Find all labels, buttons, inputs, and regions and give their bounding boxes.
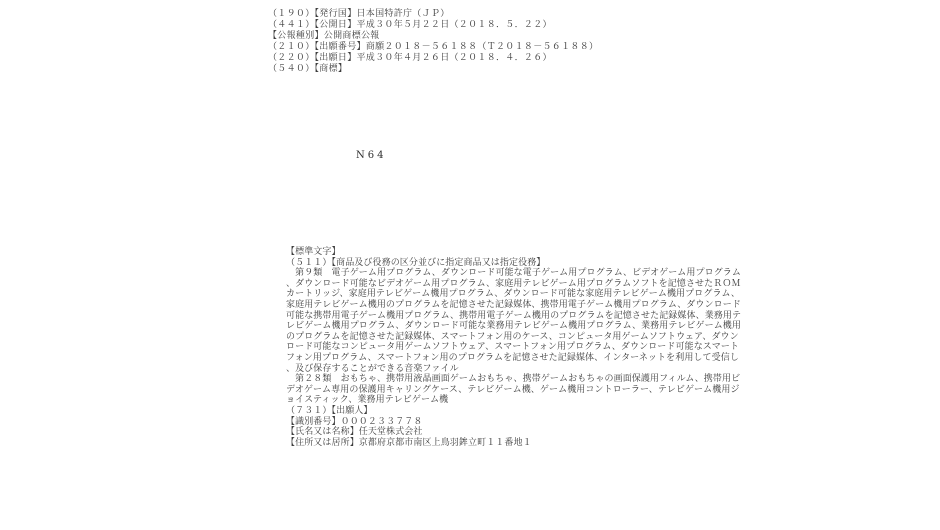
goods-class28-line: 第２８類 おもちゃ、携帯用液晶画面ゲームおもちゃ、携帯ゲームおもちゃの画面保護用… <box>286 374 741 385</box>
field-application-number: （２１０）【出願番号】商願２０１８－５６１８８（Ｔ２０１８－５６１８８） <box>268 42 598 53</box>
goods-class28-line: デオゲーム専用の保護用キャリングケース、テレビゲーム機、ゲーム機用コントローラー… <box>286 385 741 396</box>
field-applicant-id: 【識別番号】０００２３３７７８ <box>286 417 741 428</box>
trademark-gazette-page: （１９０）【発行国】日本国特許庁（ＪＰ） （４４１）【公開日】平成３０年５月２２… <box>0 0 940 530</box>
field-applicant-heading: （７３１）【出願人】 <box>286 406 741 417</box>
goods-class9-line: 家庭用テレビゲーム機用のプログラムを記憶させた記録媒体、携帯用電子ゲーム機用プロ… <box>286 300 741 311</box>
goods-class9-line: のプログラムを記憶させた記録媒体、スマートフォン用のケース、コンピュータ用ゲーム… <box>286 332 741 343</box>
field-standard-characters: 【標準文字】 <box>286 247 741 258</box>
goods-services-and-applicant-block: 【標準文字】 （５１１）【商品及び役務の区分並びに指定商品又は指定役務】 第９類… <box>286 247 741 448</box>
field-gazette-type: 【公報種別】公開商標公報 <box>268 31 598 42</box>
field-trademark-label: （５４０）【商標】 <box>268 64 598 75</box>
goods-class9-line: ロード可能なコンピュータ用ゲームソフトウェア、スマートフォン用プログラム、ダウン… <box>286 342 741 353</box>
field-application-date: （２２０）【出願日】平成３０年４月２６日（２０１８．４．２６） <box>268 53 598 64</box>
goods-class9-line: カートリッジ、家庭用テレビゲーム機用プログラム、ダウンロード可能な家庭用テレビゲ… <box>286 289 741 300</box>
goods-class9-line: 、ダウンロード可能なビデオゲーム用プログラム、家庭用テレビゲーム用プログラムソフ… <box>286 279 741 290</box>
goods-class9-line: 、及び保存することができる音楽ファイル <box>286 364 741 375</box>
goods-class9-line: 可能な携帯用電子ゲーム機用プログラム、携帯用電子ゲーム機用のプログラムを記憶させ… <box>286 311 741 322</box>
field-publication-date: （４４１）【公開日】平成３０年５月２２日（２０１８．５．２２） <box>268 20 598 31</box>
trademark-text: N64 <box>356 150 386 161</box>
goods-class9-line: レビゲーム機用プログラム、ダウンロード可能な業務用テレビゲーム機用プログラム、業… <box>286 321 741 332</box>
field-applicant-address: 【住所又は居所】京都府京都市南区上鳥羽鉾立町１１番地１ <box>286 438 741 449</box>
field-issuing-country: （１９０）【発行国】日本国特許庁（ＪＰ） <box>268 9 598 20</box>
goods-class9-line: フォン用プログラム、スマートフォン用のプログラムを記憶させた記録媒体、インターネ… <box>286 353 741 364</box>
goods-class28-line: ョイスティック、業務用テレビゲーム機 <box>286 395 741 406</box>
field-applicant-name: 【氏名又は名称】任天堂株式会社 <box>286 427 741 438</box>
field-goods-services-heading: （５１１）【商品及び役務の区分並びに指定商品又は指定役務】 <box>286 258 741 269</box>
bibliographic-header: （１９０）【発行国】日本国特許庁（ＪＰ） （４４１）【公開日】平成３０年５月２２… <box>268 9 598 75</box>
goods-class9-line: 第９類 電子ゲーム用プログラム、ダウンロード可能な電子ゲーム用プログラム、ビデオ… <box>286 268 741 279</box>
